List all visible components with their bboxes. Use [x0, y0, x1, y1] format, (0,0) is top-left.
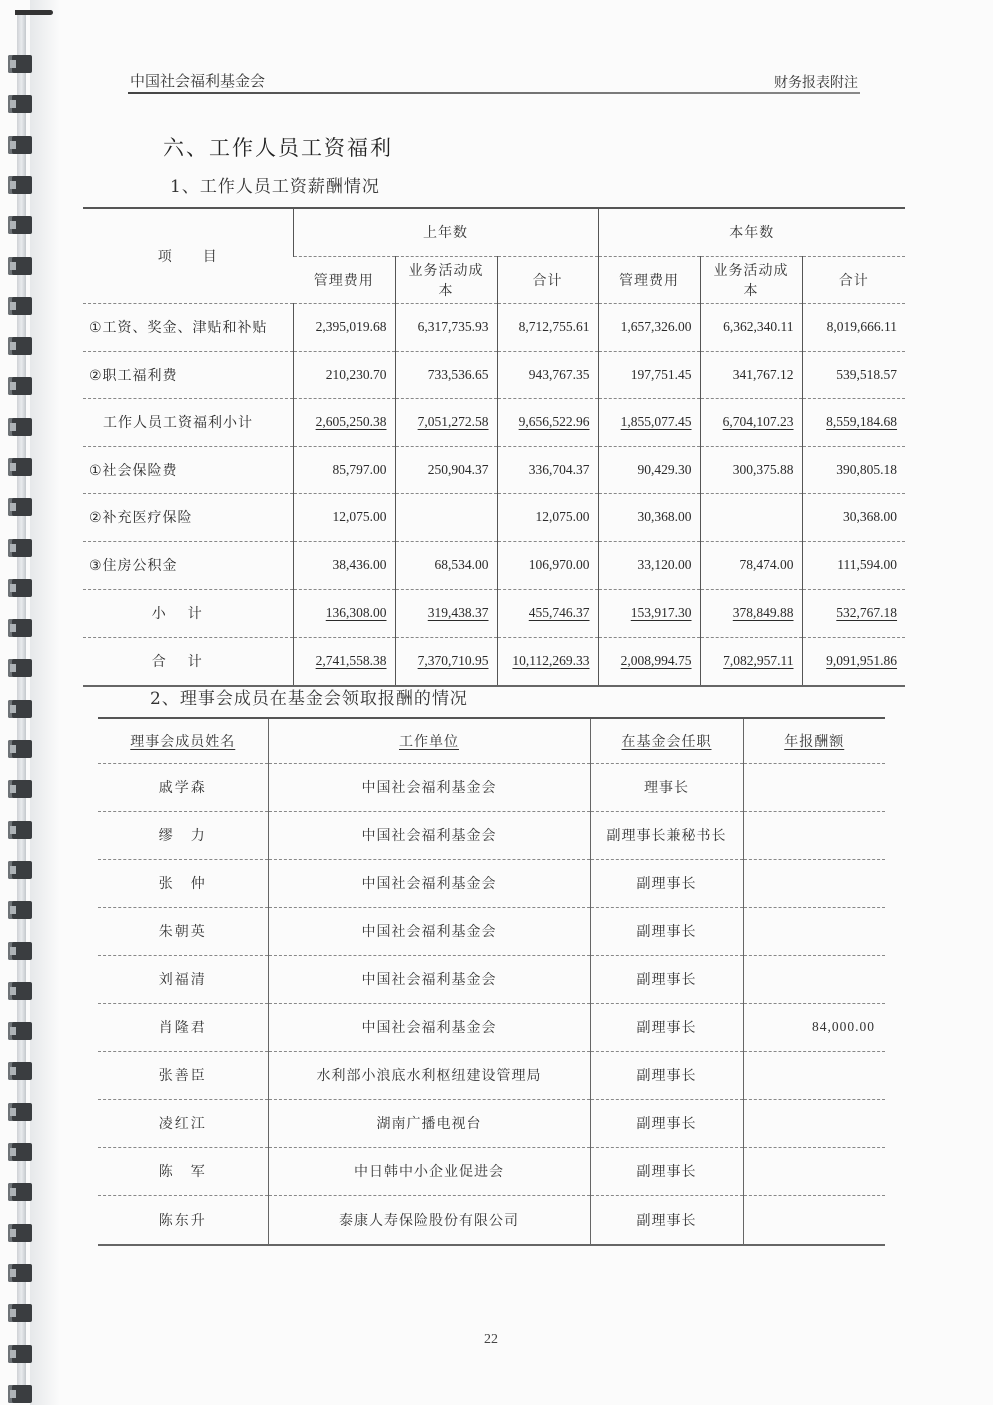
amount-cell: 38,436.00	[293, 541, 395, 589]
amount-cell: 300,375.88	[700, 446, 802, 493]
amount-cell: 8,712,755.61	[497, 303, 598, 351]
binding-ring	[8, 458, 32, 476]
board-compensation-table: 理事会成员姓名 工作单位 在基金会任职 年报酬额 戚学森中国社会福利基金会理事长…	[98, 717, 885, 1246]
amount-cell: 10,112,269.33	[497, 637, 598, 686]
col-header: 管理费用	[293, 256, 395, 303]
table-row: ③住房公积金38,436.0068,534.00106,970.0033,120…	[83, 541, 905, 589]
amount-cell: 9,656,522.96	[497, 398, 598, 446]
binding-ring	[8, 1385, 32, 1403]
amount-cell: 33,120.00	[598, 541, 700, 589]
amount-cell: 539,518.57	[802, 351, 905, 398]
table-row: 陈 军中日韩中小企业促进会副理事长	[98, 1147, 885, 1195]
board-section-heading: 2、理事会成员在基金会领取报酬的情况	[150, 684, 468, 709]
work-unit: 湖南广播电视台	[268, 1099, 590, 1147]
binding-ring	[8, 55, 32, 73]
work-unit: 泰康人寿保险股份有限公司	[268, 1195, 590, 1245]
position: 副理事长兼秘书长	[590, 811, 743, 859]
amount-cell: 136,308.00	[293, 589, 395, 637]
position: 副理事长	[590, 1147, 743, 1195]
member-name: 缪 力	[98, 811, 268, 859]
table-row: 小计136,308.00319,438.37455,746.37153,917.…	[83, 589, 905, 637]
table-row: 缪 力中国社会福利基金会副理事长兼秘书长	[98, 811, 885, 859]
binding-ring	[8, 136, 32, 154]
position: 副理事长	[590, 1051, 743, 1099]
binding-ring	[8, 337, 32, 355]
amount-cell: 2,605,250.38	[293, 398, 395, 446]
position: 副理事长	[590, 1003, 743, 1051]
amount-cell: 1,855,077.45	[598, 398, 700, 446]
amount-cell: 733,536.65	[395, 351, 497, 398]
binding-ring	[8, 95, 32, 113]
amount-cell: 6,704,107.23	[700, 398, 802, 446]
amount-cell	[700, 493, 802, 541]
amount-cell: 30,368.00	[598, 493, 700, 541]
header-rule	[128, 92, 860, 94]
amount-cell: 153,917.30	[598, 589, 700, 637]
amount-cell: 250,904.37	[395, 446, 497, 493]
position: 副理事长	[590, 859, 743, 907]
amount-cell: 30,368.00	[802, 493, 905, 541]
binding-ring	[8, 498, 32, 516]
binding-ring	[8, 1062, 32, 1080]
binding-ring	[8, 700, 32, 718]
amount-cell: 8,019,666.11	[802, 303, 905, 351]
amount-cell: 943,767.35	[497, 351, 598, 398]
amount-cell: 7,082,957.11	[700, 637, 802, 686]
member-name: 戚学森	[98, 763, 268, 811]
amount-cell: 9,091,951.86	[802, 637, 905, 686]
work-unit: 中国社会福利基金会	[268, 955, 590, 1003]
amount-cell: 336,704.37	[497, 446, 598, 493]
binding-ring	[8, 1022, 32, 1040]
col-header-name: 理事会成员姓名	[98, 718, 268, 763]
col-header: 业务活动成本	[700, 256, 802, 303]
salary-section-heading: 1、工作人员工资薪酬情况	[170, 172, 380, 197]
amount-cell: 210,230.70	[293, 351, 395, 398]
binding-ring	[8, 539, 32, 557]
work-unit: 中国社会福利基金会	[268, 763, 590, 811]
table-row: 刘福清中国社会福利基金会副理事长	[98, 955, 885, 1003]
position: 副理事长	[590, 1099, 743, 1147]
col-header-position: 在基金会任职	[590, 718, 743, 763]
amount-cell: 90,429.30	[598, 446, 700, 493]
amount-cell: 319,438.37	[395, 589, 497, 637]
amount-cell: 111,594.00	[802, 541, 905, 589]
annual-pay	[743, 763, 885, 811]
work-unit: 中日韩中小企业促进会	[268, 1147, 590, 1195]
member-name: 陈 军	[98, 1147, 268, 1195]
member-name: 刘福清	[98, 955, 268, 1003]
binding-ring	[8, 861, 32, 879]
binding-ring	[8, 901, 32, 919]
position: 副理事长	[590, 907, 743, 955]
amount-cell: 390,805.18	[802, 446, 905, 493]
table-row: 张 仲中国社会福利基金会副理事长	[98, 859, 885, 907]
annual-pay	[743, 955, 885, 1003]
amount-cell: 7,051,272.58	[395, 398, 497, 446]
amount-cell: 2,008,994.75	[598, 637, 700, 686]
amount-cell: 8,559,184.68	[802, 398, 905, 446]
binding-ring	[8, 297, 32, 315]
item-header: 项 目	[83, 208, 293, 303]
binding-ring	[8, 659, 32, 677]
amount-cell: 12,075.00	[293, 493, 395, 541]
member-name: 张善臣	[98, 1051, 268, 1099]
binding-ring	[8, 1183, 32, 1201]
section-title: 六、工作人员工资福利	[163, 132, 393, 162]
annual-pay	[743, 1051, 885, 1099]
binding-ring	[8, 780, 32, 798]
member-name: 凌红江	[98, 1099, 268, 1147]
work-unit: 中国社会福利基金会	[268, 811, 590, 859]
binding-ring	[8, 418, 32, 436]
work-unit: 中国社会福利基金会	[268, 1003, 590, 1051]
row-label: ②职工福利费	[83, 351, 293, 398]
annual-pay	[743, 1147, 885, 1195]
row-label: ②补充医疗保险	[83, 493, 293, 541]
table-row: 张善臣水利部小浪底水利枢纽建设管理局副理事长	[98, 1051, 885, 1099]
amount-cell: 378,849.88	[700, 589, 802, 637]
table-row: 凌红江湖南广播电视台副理事长	[98, 1099, 885, 1147]
binding-ring	[8, 942, 32, 960]
row-label: 工作人员工资福利小计	[83, 398, 293, 446]
col-header: 管理费用	[598, 256, 700, 303]
table-row: 肖隆君中国社会福利基金会副理事长84,000.00	[98, 1003, 885, 1051]
binding-ring	[8, 377, 32, 395]
binding-ring	[8, 619, 32, 637]
table-row: ②补充医疗保险12,075.0012,075.0030,368.0030,368…	[83, 493, 905, 541]
current-year-header: 本年数	[598, 208, 905, 256]
position: 副理事长	[590, 955, 743, 1003]
amount-cell: 7,370,710.95	[395, 637, 497, 686]
position: 副理事长	[590, 1195, 743, 1245]
binding-ring	[8, 821, 32, 839]
annual-pay	[743, 907, 885, 955]
binding-ring	[8, 216, 32, 234]
annual-pay: 84,000.00	[743, 1003, 885, 1051]
amount-cell: 68,534.00	[395, 541, 497, 589]
binding-ring	[8, 1103, 32, 1121]
work-unit: 水利部小浪底水利枢纽建设管理局	[268, 1051, 590, 1099]
annual-pay	[743, 1099, 885, 1147]
header-section: 财务报表附注	[774, 72, 858, 92]
amount-cell: 1,657,326.00	[598, 303, 700, 351]
amount-cell: 197,751.45	[598, 351, 700, 398]
col-header: 业务活动成本	[395, 256, 497, 303]
amount-cell: 6,317,735.93	[395, 303, 497, 351]
amount-cell: 341,767.12	[700, 351, 802, 398]
amount-cell: 106,970.00	[497, 541, 598, 589]
amount-cell: 532,767.18	[802, 589, 905, 637]
annual-pay	[743, 1195, 885, 1245]
member-name: 张 仲	[98, 859, 268, 907]
annual-pay	[743, 859, 885, 907]
table-row: 合计2,741,558.387,370,710.9510,112,269.332…	[83, 637, 905, 686]
amount-cell: 455,746.37	[497, 589, 598, 637]
amount-cell: 2,741,558.38	[293, 637, 395, 686]
binding-ring	[8, 1264, 32, 1282]
table-row: 朱朝英中国社会福利基金会副理事长	[98, 907, 885, 955]
salary-table: 项 目 上年数 本年数 管理费用 业务活动成本 合计 管理费用 业务活动成本 合…	[83, 207, 905, 687]
table-row: 工作人员工资福利小计2,605,250.387,051,272.589,656,…	[83, 398, 905, 446]
amount-cell: 2,395,019.68	[293, 303, 395, 351]
row-label: ①社会保险费	[83, 446, 293, 493]
binding-ring	[8, 740, 32, 758]
work-unit: 中国社会福利基金会	[268, 859, 590, 907]
binding-ring	[8, 579, 32, 597]
col-header: 合计	[497, 256, 598, 303]
member-name: 朱朝英	[98, 907, 268, 955]
binding-ring	[8, 176, 32, 194]
amount-cell: 78,474.00	[700, 541, 802, 589]
binding-ring	[8, 1345, 32, 1363]
member-name: 陈东升	[98, 1195, 268, 1245]
annual-pay	[743, 811, 885, 859]
row-label: 合计	[83, 637, 293, 686]
table-row: 陈东升泰康人寿保险股份有限公司副理事长	[98, 1195, 885, 1245]
binding-ring	[8, 1304, 32, 1322]
col-header: 合计	[802, 256, 905, 303]
table-row: ①工资、奖金、津贴和补贴2,395,019.686,317,735.938,71…	[83, 303, 905, 351]
binding-ring	[8, 1143, 32, 1161]
amount-cell: 6,362,340.11	[700, 303, 802, 351]
row-label: ③住房公积金	[83, 541, 293, 589]
binding-ring	[8, 1224, 32, 1242]
col-header-pay: 年报酬额	[743, 718, 885, 763]
table-row: 戚学森中国社会福利基金会理事长	[98, 763, 885, 811]
prior-year-header: 上年数	[293, 208, 598, 256]
row-label: 小计	[83, 589, 293, 637]
row-label: ①工资、奖金、津贴和补贴	[83, 303, 293, 351]
amount-cell: 85,797.00	[293, 446, 395, 493]
work-unit: 中国社会福利基金会	[268, 907, 590, 955]
binding-ring	[8, 257, 32, 275]
table-row: ①社会保险费85,797.00250,904.37336,704.3790,42…	[83, 446, 905, 493]
table-row: ②职工福利费210,230.70733,536.65943,767.35197,…	[83, 351, 905, 398]
member-name: 肖隆君	[98, 1003, 268, 1051]
amount-cell	[395, 493, 497, 541]
page-edge-shadow	[30, 0, 60, 1405]
header-organization: 中国社会福利基金会	[130, 70, 265, 91]
amount-cell: 12,075.00	[497, 493, 598, 541]
col-header-unit: 工作单位	[268, 718, 590, 763]
page-number: 22	[484, 1332, 498, 1348]
binding-cap	[15, 10, 53, 15]
binding-ring	[8, 982, 32, 1000]
position: 理事长	[590, 763, 743, 811]
